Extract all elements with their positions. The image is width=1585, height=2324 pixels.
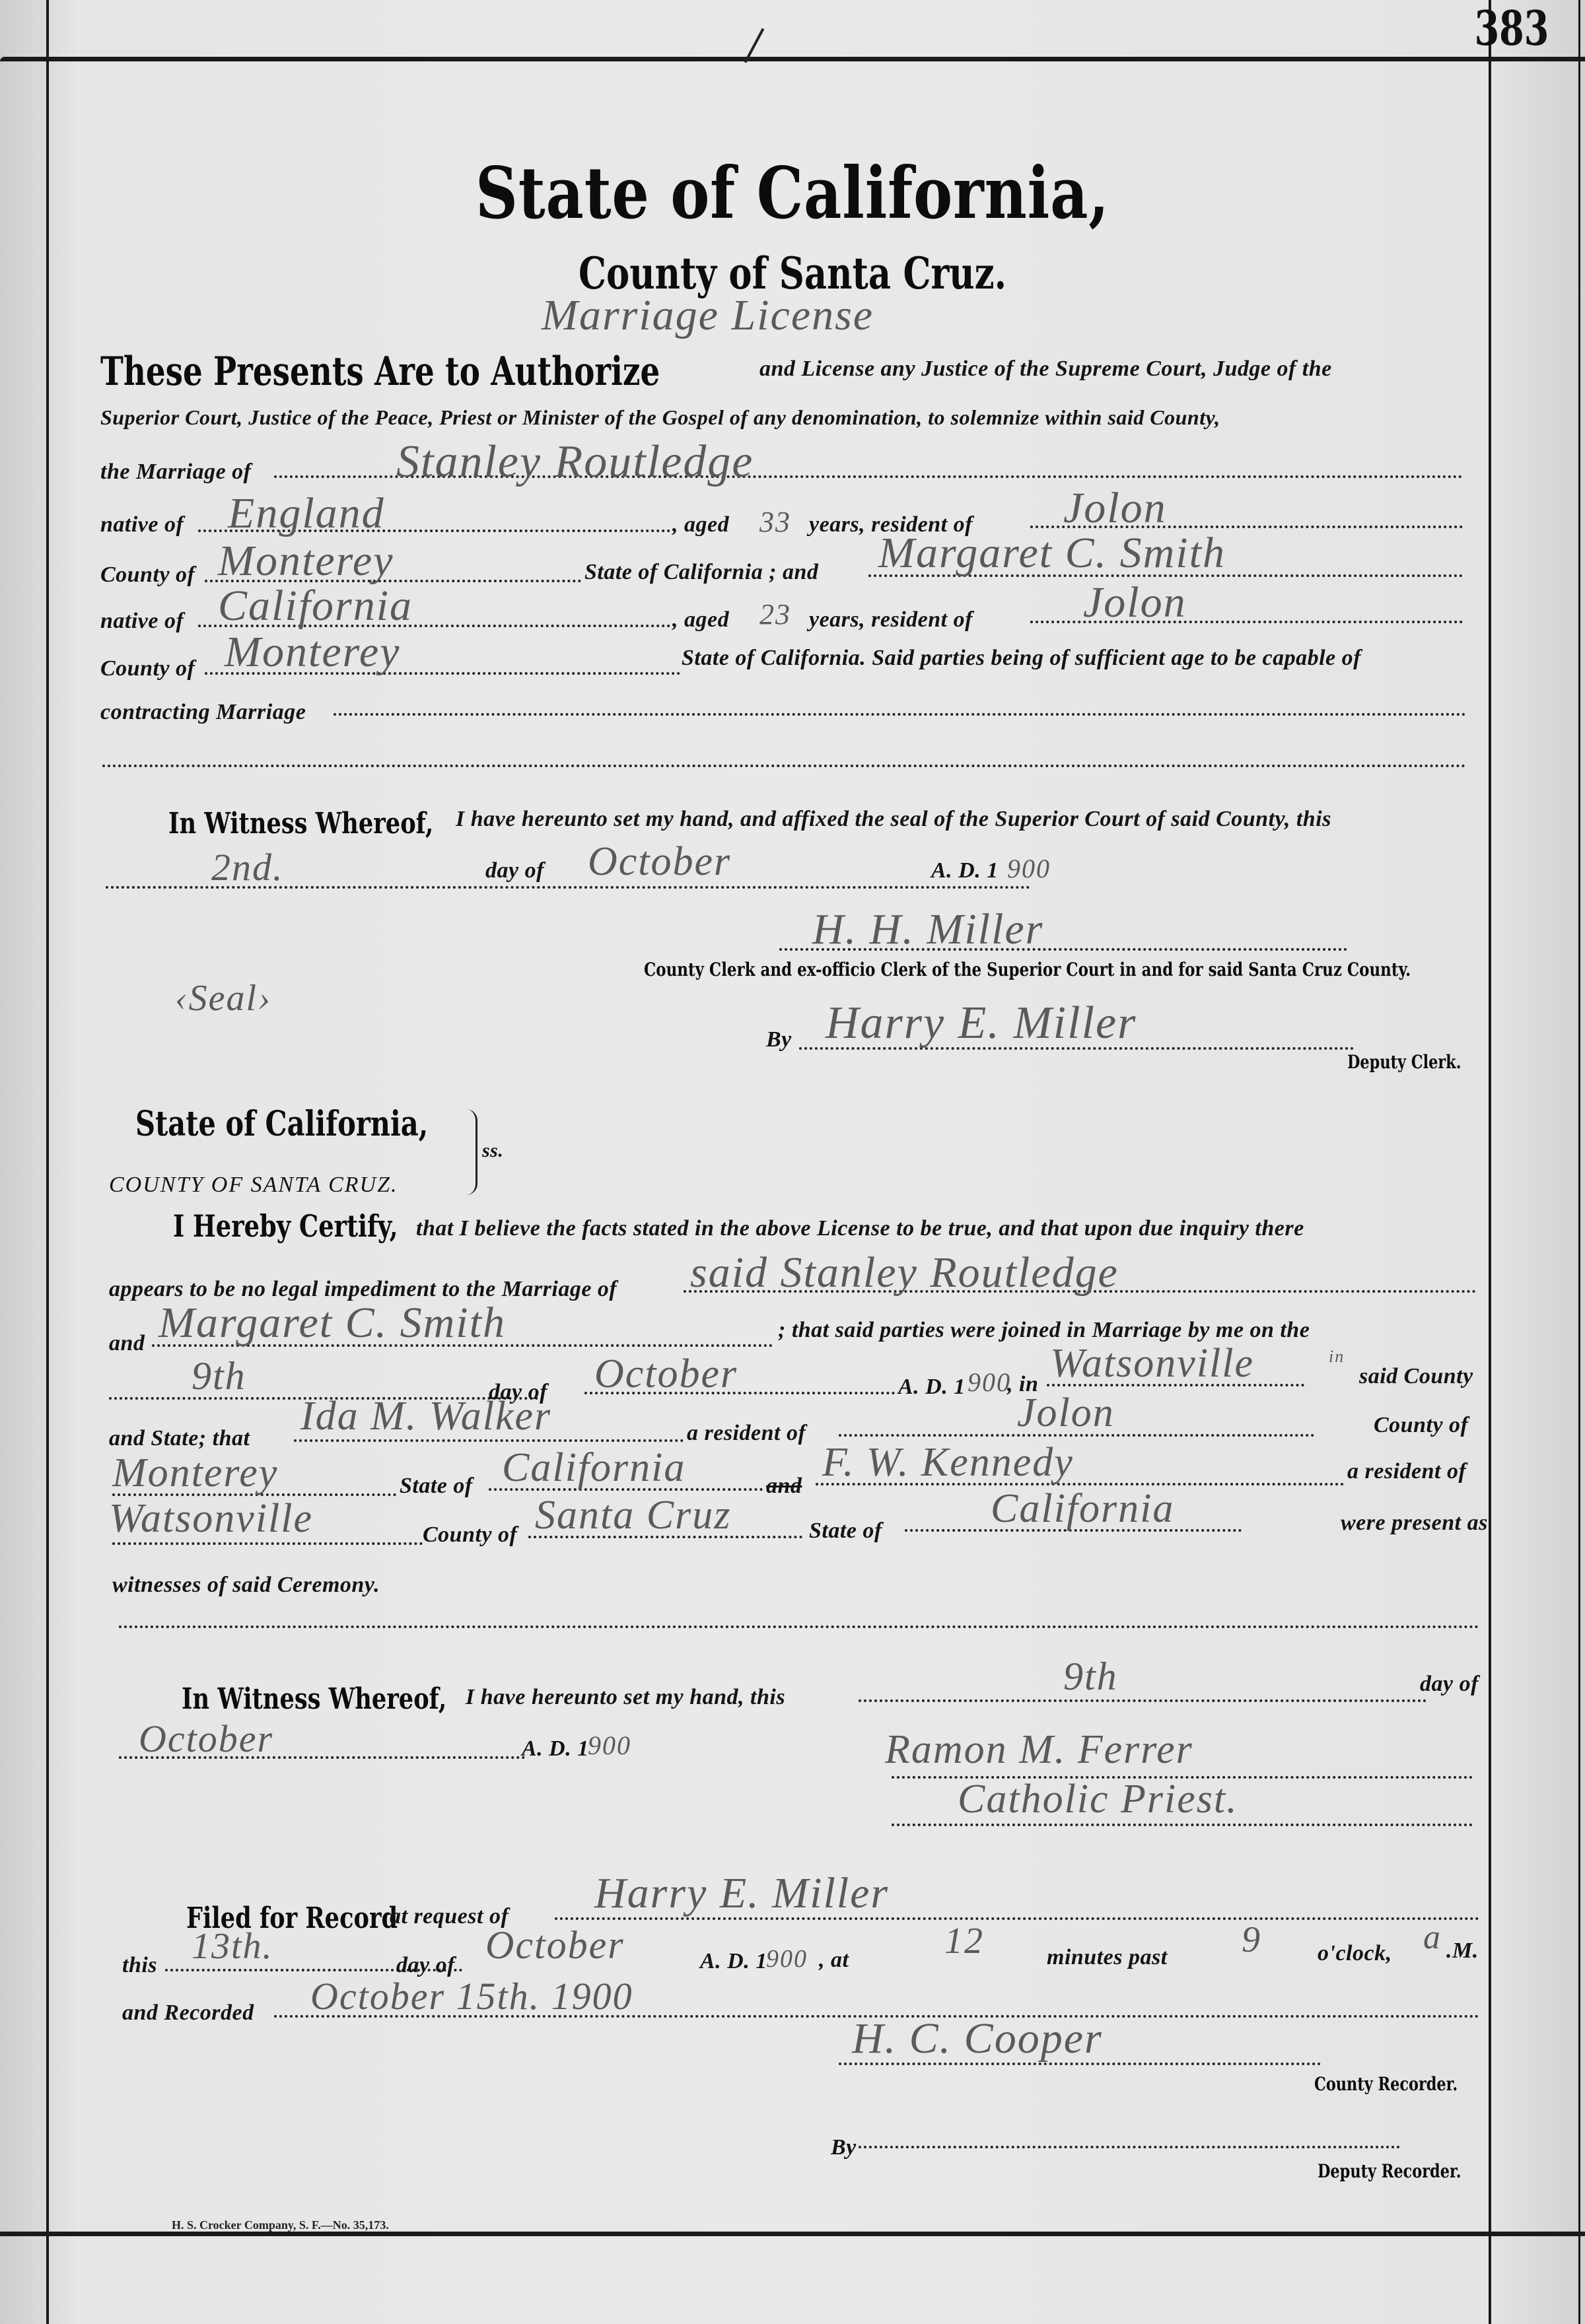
state-sufficient-label: State of California. Said parties being … — [682, 646, 1361, 671]
top-rule — [0, 57, 1585, 61]
document-type-handwritten: Marriage License — [542, 290, 874, 341]
officiant-witness-text: I have hereunto set my hand, this — [466, 1685, 785, 1710]
officiant-day: 9th — [1063, 1654, 1118, 1699]
clerk-witness-text: I have hereunto set my hand, and affixed… — [456, 807, 1331, 832]
recorded-label: and Recorded — [122, 2000, 254, 2026]
state-of-label-2: State of — [809, 1519, 882, 1544]
officiant-witness-lead: In Witness Whereof, — [182, 1682, 446, 1716]
meridiem-hw: a — [1423, 1918, 1442, 1957]
witness1-residence: Jolon — [1017, 1390, 1115, 1437]
deputy-by-label: By — [766, 1027, 792, 1052]
witness1-name: Ida M. Walker — [300, 1393, 551, 1440]
officiant-year: 900 — [588, 1730, 631, 1761]
officiant-month: October — [139, 1717, 273, 1761]
witness2-state: California — [991, 1486, 1174, 1532]
meridiem-print: .M. — [1446, 1938, 1479, 1964]
groom-age: 33 — [759, 505, 791, 539]
filing-at-label: , at — [819, 1948, 849, 1973]
aged-label: , aged — [672, 512, 729, 537]
page-number: 383 — [1474, 0, 1549, 56]
county-of-label-2: County of — [100, 656, 195, 681]
requested-by: Harry E. Miller — [594, 1868, 889, 1919]
county-of-label-4: County of — [423, 1522, 517, 1548]
clerk-witness-lead: In Witness Whereof, — [168, 807, 433, 840]
recorder-title: County Recorder. — [1314, 2073, 1458, 2095]
this-label: this — [122, 1953, 157, 1978]
filing-minutes: 12 — [944, 1920, 984, 1962]
and-label-witness: and — [766, 1474, 802, 1499]
officiant-title: Catholic Priest. — [958, 1776, 1238, 1823]
witness1-state: California — [502, 1445, 686, 1491]
ceremony-place: Watsonville — [1050, 1340, 1254, 1387]
years-resident-label-2: years, resident of — [809, 607, 973, 632]
resident-of-label-2: a resident of — [1347, 1459, 1466, 1484]
groom-county: Monterey — [218, 536, 394, 586]
deputy-title: Deputy Clerk. — [1347, 1051, 1462, 1073]
certify-bride: Margaret C. Smith — [158, 1298, 506, 1348]
clerk-day-of-label: day of — [485, 858, 544, 883]
groom-name: Stanley Routledge — [396, 436, 754, 489]
license-lead: These Presents Are to Authorize — [100, 349, 660, 395]
certificate-county-heading: COUNTY OF SANTA CRUZ. — [109, 1173, 398, 1198]
license-line2: Superior Court, Justice of the Peace, Pr… — [100, 405, 1220, 430]
recorder-signature: H. C. Cooper — [852, 2014, 1103, 2064]
groom-native-of: England — [228, 489, 385, 539]
certify-line1: that I believe the facts stated in the a… — [416, 1216, 1304, 1241]
bride-native-of: California — [218, 581, 413, 631]
filing-ad-label: A. D. 1 — [700, 1949, 767, 1974]
recorded-date: October 15th. 1900 — [310, 1974, 633, 2018]
certify-ad-label: A. D. 1 — [898, 1375, 966, 1400]
bride-age: 23 — [759, 598, 791, 631]
county-of-label-3: County of — [1374, 1413, 1468, 1438]
deputy-recorder-by-label: By — [831, 2135, 857, 2160]
clerk-title: County Clerk and ex-officio Clerk of the… — [644, 959, 1411, 980]
license-line1: and License any Justice of the Supreme C… — [759, 357, 1332, 382]
clerk-day: 2nd. — [211, 845, 284, 889]
state-of-label-1: State of — [400, 1474, 473, 1499]
bride-name: Margaret C. Smith — [878, 528, 1226, 578]
certify-joined-label: ; that said parties were joined in Marri… — [778, 1318, 1310, 1343]
contracting-label: contracting Marriage — [100, 700, 306, 725]
ceremony-place-insert: in — [1329, 1347, 1345, 1367]
present-as-label: were present as — [1341, 1511, 1488, 1536]
seal-label: ‹Seal› — [175, 977, 271, 1019]
deputy-recorder-title: Deputy Recorder. — [1318, 2160, 1462, 2182]
clerk-ad-label: A. D. 1 — [931, 858, 999, 883]
officiant-ad-label: A. D. 1 — [522, 1736, 589, 1761]
printer-imprint: H. S. Crocker Company, S. F.—No. 35,173. — [172, 2218, 389, 2232]
certificate-state-heading: State of California, — [135, 1104, 428, 1144]
resident-of-label-1: a resident of — [687, 1421, 806, 1446]
marriage-of-label: the Marriage of — [100, 460, 252, 485]
document-title: State of California, — [143, 152, 1442, 235]
certify-groom: said Stanley Routledge — [690, 1248, 1119, 1298]
officiant-day-of-label: day of — [1420, 1672, 1479, 1697]
bride-residence: Jolon — [1083, 578, 1187, 628]
document-page: 383 State of California, County of Santa… — [0, 0, 1585, 2324]
filing-year: 900 — [766, 1944, 808, 1973]
groom-residence: Jolon — [1063, 483, 1167, 533]
certify-month: October — [594, 1351, 738, 1398]
ss-label: ss. — [482, 1140, 503, 1162]
filing-month: October — [485, 1923, 625, 1968]
deputy-signature: Harry E. Miller — [826, 997, 1137, 1050]
native-of-label: native of — [100, 512, 184, 537]
said-county-label: said County — [1359, 1364, 1473, 1389]
clerk-month: October — [588, 838, 731, 885]
minutes-past-label: minutes past — [1047, 1945, 1168, 1970]
bracket — [466, 1109, 477, 1195]
clerk-signature: H. H. Miller — [812, 905, 1043, 955]
clerk-year: 900 — [1007, 853, 1051, 884]
bride-county: Monterey — [225, 627, 400, 677]
certify-and-label: and — [109, 1331, 145, 1356]
witness1-county: Monterey — [112, 1450, 278, 1497]
native-of-label-2: native of — [100, 609, 184, 634]
certify-lead: I Hereby Certify, — [173, 1208, 398, 1244]
aged-label-2: , aged — [672, 607, 729, 632]
right-margin-line — [1489, 0, 1491, 2324]
left-margin-line — [46, 0, 49, 2324]
witnesses-label: witnesses of said Ceremony. — [112, 1573, 380, 1598]
state-and-label: State of California ; and — [584, 560, 818, 585]
county-of-label: County of — [100, 563, 195, 588]
certify-day: 9th — [192, 1353, 246, 1399]
witness2-county: Santa Cruz — [535, 1492, 731, 1539]
bottom-rule — [0, 2232, 1585, 2236]
right-edge-line — [1578, 0, 1580, 2324]
and-state-label: and State; that — [109, 1426, 250, 1451]
oclock-label: o'clock, — [1318, 1941, 1392, 1966]
witness2-name: F. W. Kennedy — [822, 1439, 1074, 1486]
filing-hour: 9 — [1242, 1919, 1261, 1961]
officiant-signature: Ramon M. Ferrer — [885, 1726, 1193, 1773]
certify-year: 900 — [968, 1367, 1011, 1398]
filing-day: 13th. — [192, 1925, 273, 1967]
witness2-residence: Watsonville — [109, 1495, 313, 1542]
